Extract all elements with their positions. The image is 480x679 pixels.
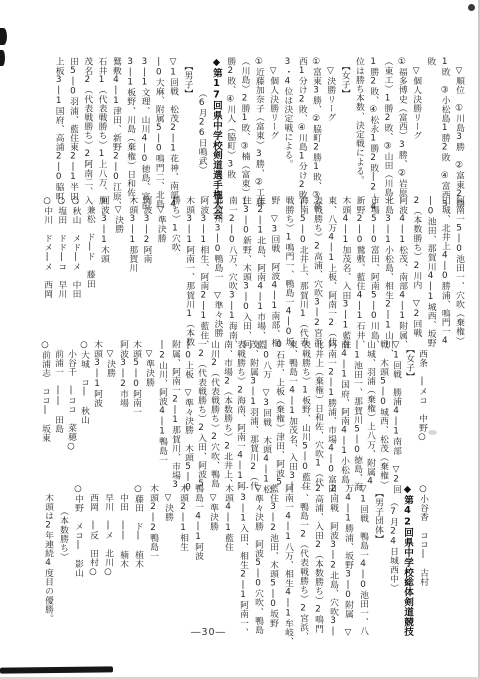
text-column: ○中川 ドメ|メ 西岡 [40, 196, 54, 335]
text-column: 3|1文理、山川4|0徳島、富田 [137, 57, 151, 196]
text-column: 戦勝ち）1鳴門一、鴨島一4|0坂 [281, 196, 295, 335]
text-column: 西岡 |反 田村○ [85, 484, 100, 623]
text-column: 3|1板野、川島（棄権）日和佐、 [123, 57, 137, 196]
text-column: ▽準決勝 [154, 196, 168, 335]
text-column: |0池田、那賀川4|1城西、坂野 [423, 196, 437, 335]
text-column: （7月24日城西中） [385, 484, 400, 623]
text-column: ▽個人決勝リーグ [266, 57, 280, 196]
text-column: ①富東3勝、②脇町2勝1敗、③富 [309, 57, 323, 196]
text-column: 木頭は2年連続4度目の優勝。 [40, 484, 55, 623]
text-column: 木頭3|1阿波 [90, 340, 103, 479]
text-column: 阿波3|1相生、阿南2|1藍住、 [196, 196, 210, 335]
text-column: ○塩田 ドド|コ 早川 [54, 196, 68, 335]
text-column: ○秋山 メド|メ 中田 [68, 196, 82, 335]
text-column: 阿波3|2市場 [116, 340, 129, 479]
text-column: ○中野 メコ| 影山 [70, 484, 85, 623]
text-column: 東、鴨島一4|1加茂名、入田3| [285, 340, 298, 479]
scan-artifact-blob [0, 28, 7, 45]
text-column: 一3|1入田、相生2|1阿南一、 [235, 484, 250, 623]
text-column: 木頭3|1阿南一、那賀川1（本数 [182, 196, 196, 335]
text-column: 一、鴨島一2（代表戦勝ち）2宮浜、 [295, 484, 310, 623]
scanned-page: { "page_number": "―30―", "bands": [ { "n… [0, 0, 480, 679]
text-column: 阿南一5|0池田一、穴吹（棄権） [452, 196, 466, 335]
text-column: 2回戦 阿波3|2北島、穴吹3| [325, 484, 340, 623]
text-column: ▽個人決勝リーグ [409, 57, 423, 196]
page-number: ―30― [191, 627, 226, 638]
text-column: 2高浦、入田2（本数勝ち）2鳴門 [310, 484, 325, 623]
text-column: 田5|0羽浦、藍住東2|1半田、 [66, 57, 80, 196]
text-column: 南4|1国府、阿南4|1小松島、 [337, 340, 350, 479]
text-column: 茂、附属3|1羽浦、那賀川2（代 [246, 340, 259, 479]
text-column: ▽決勝 [103, 340, 116, 479]
text-column: 海南5|0北井上、那賀川1（代表 [296, 196, 310, 335]
text-column: |1池田一、那賀川5|0徳島、海 [350, 340, 363, 479]
text-column: ①福多博史（富西）3勝、②岩原 [395, 57, 409, 196]
text-column: |0上板 ▽準々決勝 木頭5|0 [181, 340, 194, 479]
text-column: 市場5|0富田、阿南5|0川島、 [367, 196, 381, 335]
text-column: 兼松 ド|ド 藤田 [83, 196, 97, 335]
text-column: 南、市場2（本数勝ち）2北井上、 [220, 340, 233, 479]
text-column: 那賀川3|0鴨島一 ▽準々決勝 [210, 196, 224, 335]
text-column: 山城、羽浦（棄権）上八万、附属4 [363, 340, 376, 479]
text-column: 表戦勝ち）2海南、阿南一4|1阿 [233, 340, 246, 479]
text-column: 0石井、上板（棄権）津田、阿波5 [272, 340, 285, 479]
text-column: 【女子】 [402, 340, 415, 479]
text-column: 東、八万4|1上板、阿南一2（代 [324, 196, 338, 335]
text-column: 中田 || 楠木 [115, 484, 130, 623]
text-column: 石井1（代表戦勝ち）1上八万、加 [94, 57, 108, 196]
scan-artifact-bar [0, 666, 113, 673]
text-column: ○大城 コ| 秋山 [77, 340, 90, 479]
text-column: 北島3|1小松島、相生2|1山川、 [381, 196, 395, 335]
text-column: 茂名2（代表戦勝ち）2阿南二、入 [80, 57, 94, 196]
text-column: 西1分け2敗、④川島1分け2敗| [294, 57, 308, 196]
text-column: 万4|1勝浦、坂野3|0附属 ▽ [340, 484, 355, 623]
text-column: 【男子団体】 [370, 484, 385, 623]
text-column: 藍住3|2池田、木頭5|0坂野 [265, 484, 280, 623]
text-column: 戦 木頭5|0城西、松茂（棄権） [376, 340, 389, 479]
text-column: 1勝2敗、④松永1勝2敗|2〜4 [366, 57, 380, 196]
text-column: ○小谷香 ココ| 古村 [415, 484, 430, 623]
text-column: 木頭5|0阿南一 [129, 340, 142, 479]
text-column: 木頭3|1那賀川 [125, 196, 139, 335]
scan-artifact-dot [468, 4, 475, 11]
text-column: 木頭2|1相生 [175, 484, 190, 623]
text-column: ▽準々決勝 阿波5|0穴吹、鴨島 [250, 484, 265, 623]
text-column: 山川2（代表戦勝ち）2穴吹、鴨島 [207, 340, 220, 479]
text-column: （本数勝ち） [55, 484, 70, 623]
text-column: ▽決勝リーグ [323, 57, 337, 196]
band-championship-boys-results: 阿南一5|0池田一、穴吹（棄権）山城、北井上4|0勝浦、鳴門一4|0池田、那賀川… [40, 196, 466, 335]
scan-artifact-smudge [428, 430, 437, 435]
text-column: 西条 |メコ 中野○ [415, 340, 428, 479]
text-column: ▽1回戦 松茂2|1花神、南部4 [166, 57, 180, 196]
text-column: ▽1回戦 鴨島一4|0池田一、八 [355, 484, 370, 623]
text-column: ○前浦志 ココ| 坂東 [38, 340, 51, 479]
article-title: ◆第17回県中学校剣道選手権大会 [209, 57, 223, 196]
text-column: 早川 |メ 北川○ [100, 484, 115, 623]
text-column: （6月26日鳴武） [194, 57, 208, 196]
text-column: 上板3|1国府、高浦2|0脇町、 [51, 57, 65, 196]
text-column: 3・4位は決定戦による。 [280, 57, 294, 196]
text-column: ○藤田 ド| 植木 [130, 484, 145, 623]
text-column: 位は勝ち本数、決定戦による。 [352, 57, 366, 196]
text-column: 小谷千 |ココ 菜穂○ [64, 340, 77, 479]
article-title: ◆第42回県中学校総体剣道競技 [400, 484, 415, 623]
band-sotai-tournament-results: ○小谷香 ココ| 古村◆第42回県中学校総体剣道競技 （7月24日城西中） 【男… [40, 484, 430, 623]
text-column: 一2（代表戦勝ち）2入田、阿波5 [194, 340, 207, 479]
text-column: （川島）2勝1敗、③楠（富東）1 [237, 57, 251, 196]
text-column: ▽決勝 [160, 484, 175, 623]
text-column: 生2|1北島、阿南4|1市場、藍 [253, 196, 267, 335]
text-column: |0八万 ▽3回戦 木頭4|1松 [259, 340, 272, 479]
band-league-results-and-championship-opening: ▽順位 ①川島3勝 ②富東2勝1敗 ③小松島1勝2敗 ④富西3敗 ▽個人決勝リー… [51, 57, 466, 196]
text-column: ▽準決勝 [142, 340, 155, 479]
text-column: |2山川、阿波4|1鴨島一 [155, 340, 168, 479]
text-column: 勝2敗、④川人（脇町）3敗 [223, 57, 237, 196]
text-column: 敗 [423, 57, 437, 196]
text-column: ▽決勝 [111, 196, 125, 335]
text-column: 阿波4|1松茂、南部4|1附属、 [395, 196, 409, 335]
text-column: 2（本数勝ち）2川内 ▽2回戦 [409, 196, 423, 335]
text-column: 表戦勝ち）2高浦、穴吹3|2宮浜、 [310, 196, 324, 335]
text-column: 木頭4|1加茂名、入田3|1藍住 [338, 196, 352, 335]
text-column: （東工）1勝2敗、③山田（川島） [380, 57, 394, 196]
text-column: 野 ▽3回戦 阿波4|1南部、相 [267, 196, 281, 335]
text-column: 附属、阿南一2|1那賀川、市場3 [168, 340, 181, 479]
text-column: 阿南一4|1八万、相生4|1牟岐、 [280, 484, 295, 623]
text-column: ▽1回戦 勝浦4|1南部 ▽2回 [389, 340, 402, 479]
band-championship-girls-results: 西条 |メコ 中野○ 【女子】▽1回戦 勝浦4|1南部 ▽2回戦 木頭5|0城西… [38, 340, 428, 479]
text-column: 木頭4|1藍住 [220, 484, 235, 623]
text-column: ▽準決勝 [205, 484, 220, 623]
text-column: 木頭2|2鴨島一 [145, 484, 160, 623]
text-column: 阿南一2|1勝浦、市場4|0富田、 [324, 340, 337, 479]
text-column: 【男子】 [180, 57, 194, 196]
text-column: 住3|0新野、木頭3|0入田、阿 [239, 196, 253, 335]
text-column: |0大麻、附属5|0鳴門二、北島 [151, 57, 165, 196]
text-column: 南一2|0八万、穴吹3|1海南、 [225, 196, 239, 335]
text-column: 勝ち）1穴吹 [168, 196, 182, 335]
text-column: 表戦勝ち）1板野、山川5|0藍住 [298, 340, 311, 479]
text-column: 鷲敷4|1津田、新野2|0江原、 [109, 57, 123, 196]
text-column: 1敗 ③小松島1勝2敗 ④富西3 [437, 57, 451, 196]
scan-artifact-blob [0, 50, 5, 66]
text-column: 新野2|0鷲敷、藍住4|1石井、 [352, 196, 366, 335]
text-column: 鴨島一4|1阿波 [190, 484, 205, 623]
text-column: 阿波3|2阿南 [139, 196, 153, 335]
text-column: 北井上（棄権）日和佐、穴吹1（代 [311, 340, 324, 479]
text-column: ①近藤加奈子（富東）3勝、②工藤 [252, 57, 266, 196]
text-column: 山城、北井上4|0勝浦、鳴門一4 [438, 196, 452, 335]
text-column: 前浦一 || 田島 [51, 340, 64, 479]
text-column: 【女子】 [337, 57, 351, 196]
text-column: 阿波3|1木頭 [97, 196, 111, 335]
text-column: ▽順位 ①川島3勝 ②富東2勝 [452, 57, 466, 196]
